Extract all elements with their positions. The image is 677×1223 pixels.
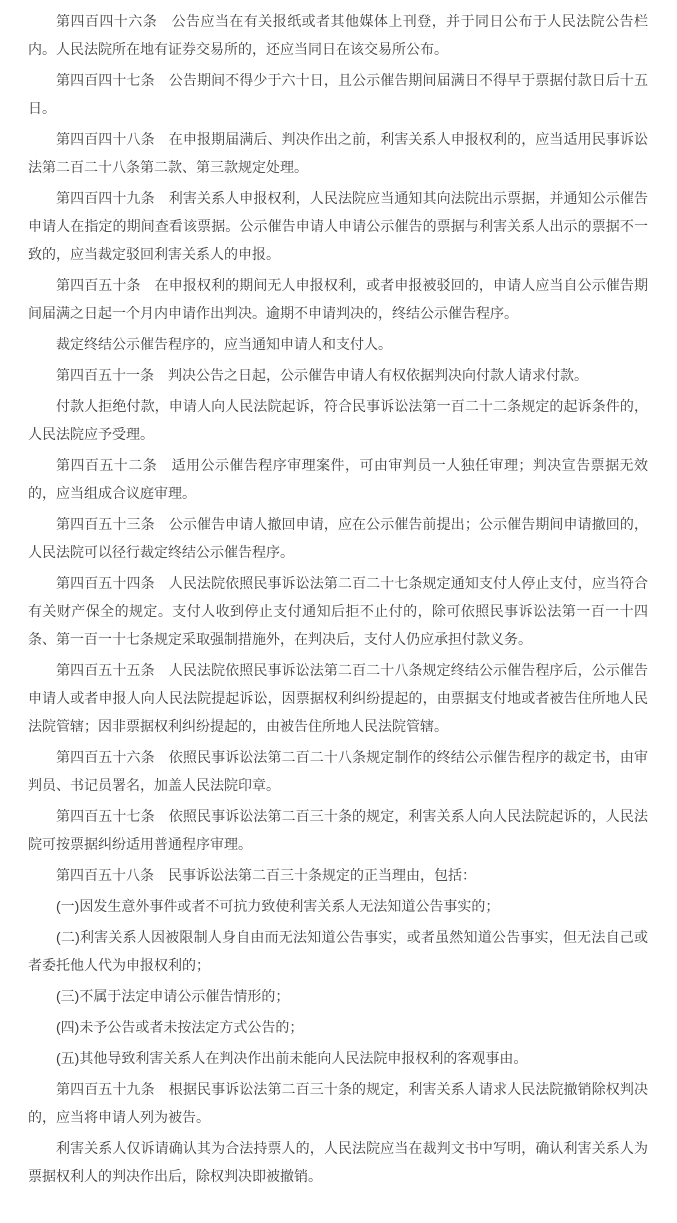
legal-article-paragraph: (二)利害关系人因被限制人身自由而无法知道公告事实，或者虽然知道公告事实，但无法… <box>28 923 648 979</box>
legal-article-paragraph: 第四百五十三条 公示催告申请人撤回申请，应在公示催告前提出；公示催告期间申请撤回… <box>28 510 648 566</box>
legal-article-paragraph: (三)不属于法定申请公示催告情形的； <box>28 982 648 1010</box>
legal-article-paragraph: (一)因发生意外事件或者不可抗力致使利害关系人无法知道公告事实的； <box>28 892 648 920</box>
legal-article-paragraph: 第四百五十四条 人民法院依照民事诉讼法第二百二十七条规定通知支付人停止支付，应当… <box>28 569 648 653</box>
document-page: 第四百四十六条 公告应当在有关报纸或者其他媒体上刊登，并于同日公布于人民法院公告… <box>0 0 677 1223</box>
legal-article-paragraph: 第四百五十五条 人民法院依照民事诉讼法第二百二十八条规定终结公示催告程序后，公示… <box>28 656 648 740</box>
legal-article-paragraph: 利害关系人仅诉请确认其为合法持票人的，人民法院应当在裁判文书中写明，确认利害关系… <box>28 1134 648 1190</box>
legal-article-paragraph: 裁定终结公示催告程序的，应当通知申请人和支付人。 <box>28 330 648 358</box>
legal-article-paragraph: 第四百五十二条 适用公示催告程序审理案件，可由审判员一人独任审理；判决宣告票据无… <box>28 451 648 507</box>
legal-article-paragraph: 第四百五十九条 根据民事诉讼法第二百三十条的规定，利害关系人请求人民法院撤销除权… <box>28 1075 648 1131</box>
legal-article-paragraph: 第四百五十条 在申报权利的期间无人申报权利，或者申报被驳回的，申请人应当自公示催… <box>28 271 648 327</box>
legal-article-paragraph: 第四百四十七条 公告期间不得少于六十日，且公示催告期间届满日不得早于票据付款日后… <box>28 66 648 122</box>
legal-article-paragraph: 第四百五十七条 依照民事诉讼法第二百三十条的规定，利害关系人向人民法院起诉的，人… <box>28 802 648 858</box>
legal-article-paragraph: 第四百五十八条 民事诉讼法第二百三十条规定的正当理由，包括： <box>28 861 648 889</box>
legal-article-paragraph: 第四百五十六条 依照民事诉讼法第二百二十八条规定制作的终结公示催告程序的裁定书，… <box>28 743 648 799</box>
legal-article-paragraph: 付款人拒绝付款，申请人向人民法院起诉，符合民事诉讼法第一百二十二条规定的起诉条件… <box>28 392 648 448</box>
legal-article-paragraph: (四)未予公告或者未按法定方式公告的； <box>28 1013 648 1041</box>
legal-article-paragraph: (五)其他导致利害关系人在判决作出前未能向人民法院申报权利的客观事由。 <box>28 1044 648 1072</box>
legal-article-paragraph: 第四百五十一条 判决公告之日起，公示催告申请人有权依据判决向付款人请求付款。 <box>28 361 648 389</box>
document-body: 第四百四十六条 公告应当在有关报纸或者其他媒体上刊登，并于同日公布于人民法院公告… <box>28 7 648 1190</box>
legal-article-paragraph: 第四百四十八条 在申报期届满后、判决作出之前，利害关系人申报权利的，应当适用民事… <box>28 125 648 181</box>
legal-article-paragraph: 第四百四十九条 利害关系人申报权利，人民法院应当通知其向法院出示票据，并通知公示… <box>28 184 648 268</box>
legal-article-paragraph: 第四百四十六条 公告应当在有关报纸或者其他媒体上刊登，并于同日公布于人民法院公告… <box>28 7 648 63</box>
